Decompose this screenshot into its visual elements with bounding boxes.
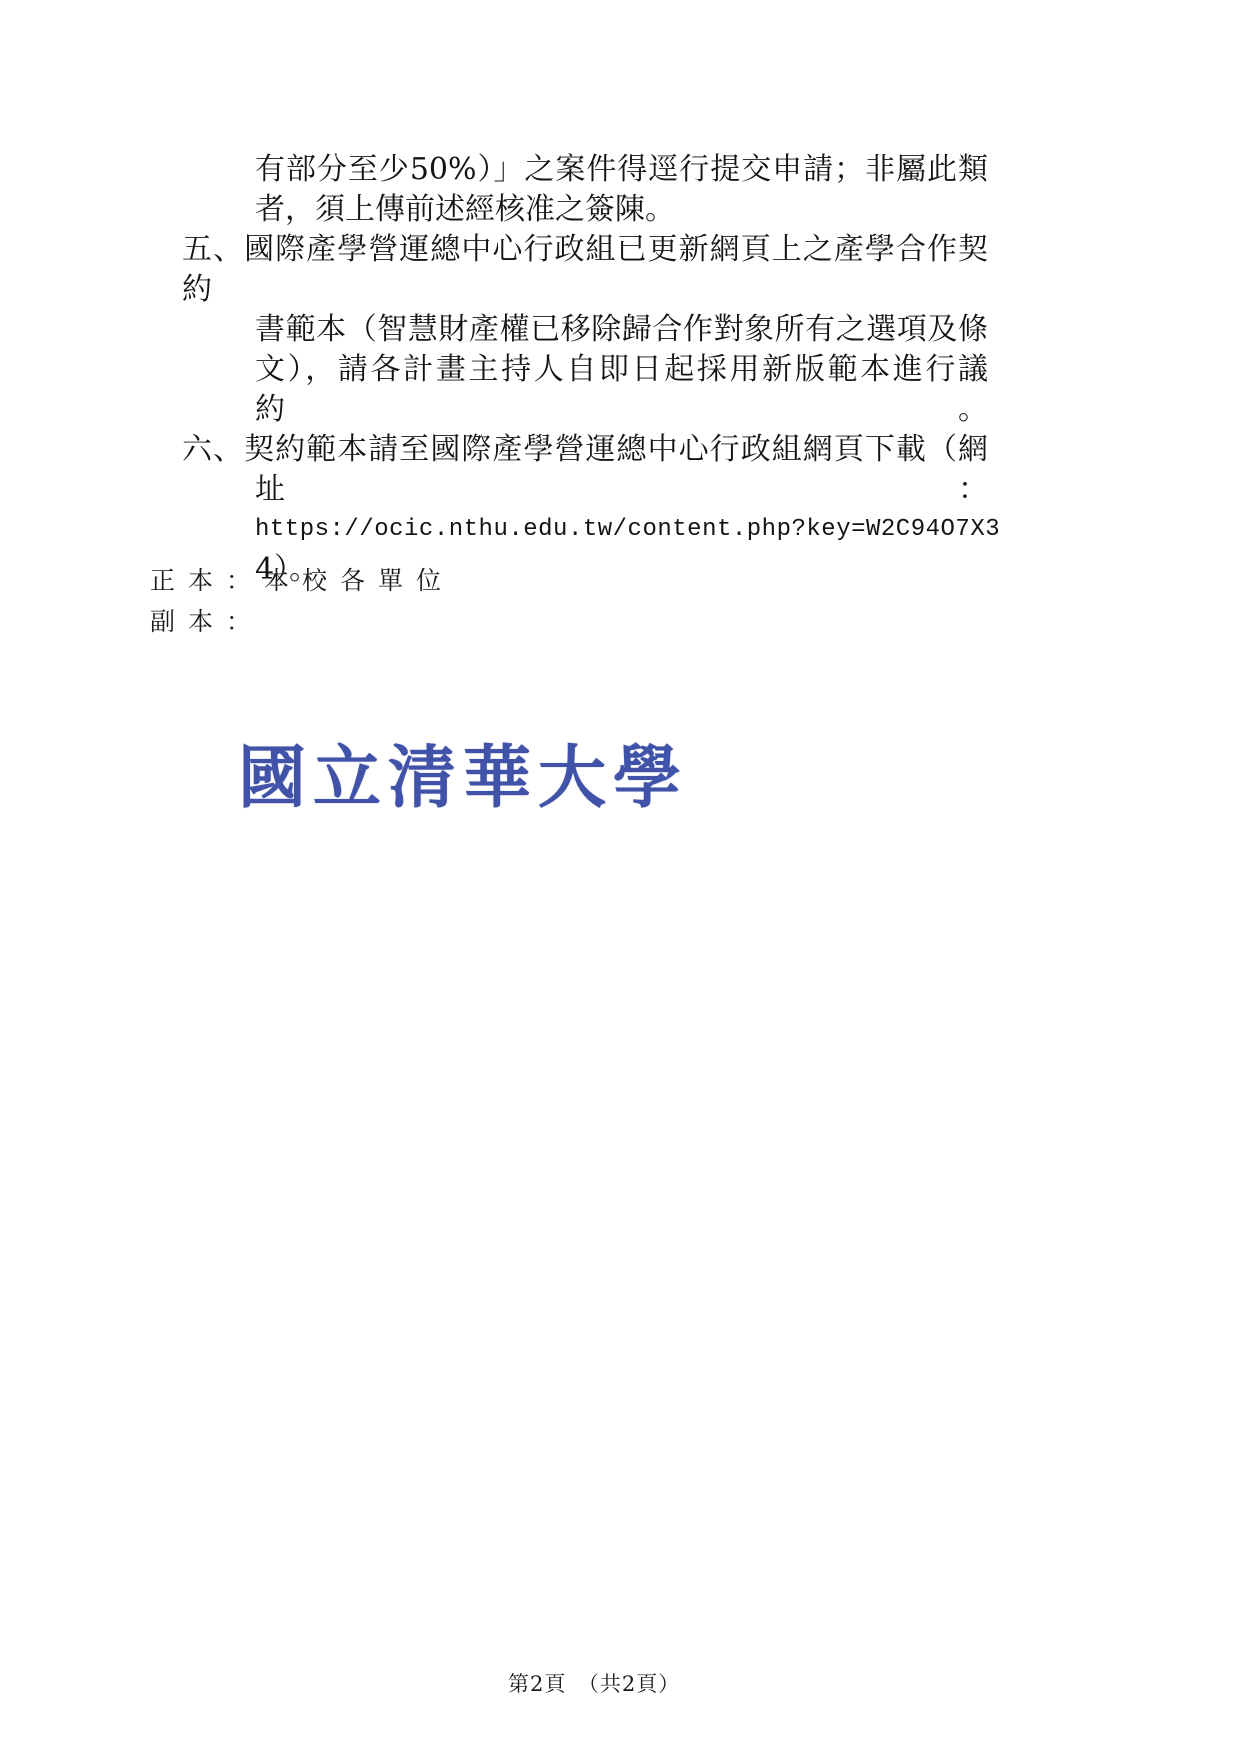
page-footer: 第2頁 （共2頁） <box>508 1668 680 1698</box>
body-line-item-5-cont-2: 文），請各計畫主持人自即日起採用新版範本進行議約。 <box>182 350 988 430</box>
body-line-item-6: 六、契約範本請至國際產學營運總中心行政組網頁下載（網 <box>182 430 988 470</box>
body-text: 有部分至少50%）」之案件得逕行提交申請；非屬此類 者，須上傳前述經核准之簽陳。… <box>182 150 988 590</box>
document-url: https://ocic.nthu.edu.tw/content.php?key… <box>182 510 988 550</box>
document-page: 有部分至少50%）」之案件得逕行提交申請；非屬此類 者，須上傳前述經核准之簽陳。… <box>0 0 1240 1754</box>
original-copy-line: 正本：本校各單位 <box>150 560 454 601</box>
url-label: 址 <box>255 470 285 510</box>
body-line-item-5-cont-1: 書範本（智慧財產權已移除歸合作對象所有之選項及條 <box>182 310 988 350</box>
url-label-line: 址 ： <box>182 470 988 510</box>
body-line-continuation-2: 者，須上傳前述經核准之簽陳。 <box>182 190 988 230</box>
body-line-continuation-1: 有部分至少50%）」之案件得逕行提交申請；非屬此類 <box>182 150 988 190</box>
university-seal-stamp: 國立清華大學 <box>238 724 688 821</box>
url-label-colon: ： <box>958 470 988 510</box>
distribution-block: 正本：本校各單位 副本： <box>150 560 454 642</box>
body-line-item-5: 五、國際產學營運總中心行政組已更新網頁上之產學合作契約 <box>182 230 988 310</box>
carbon-copy-line: 副本： <box>150 601 454 642</box>
